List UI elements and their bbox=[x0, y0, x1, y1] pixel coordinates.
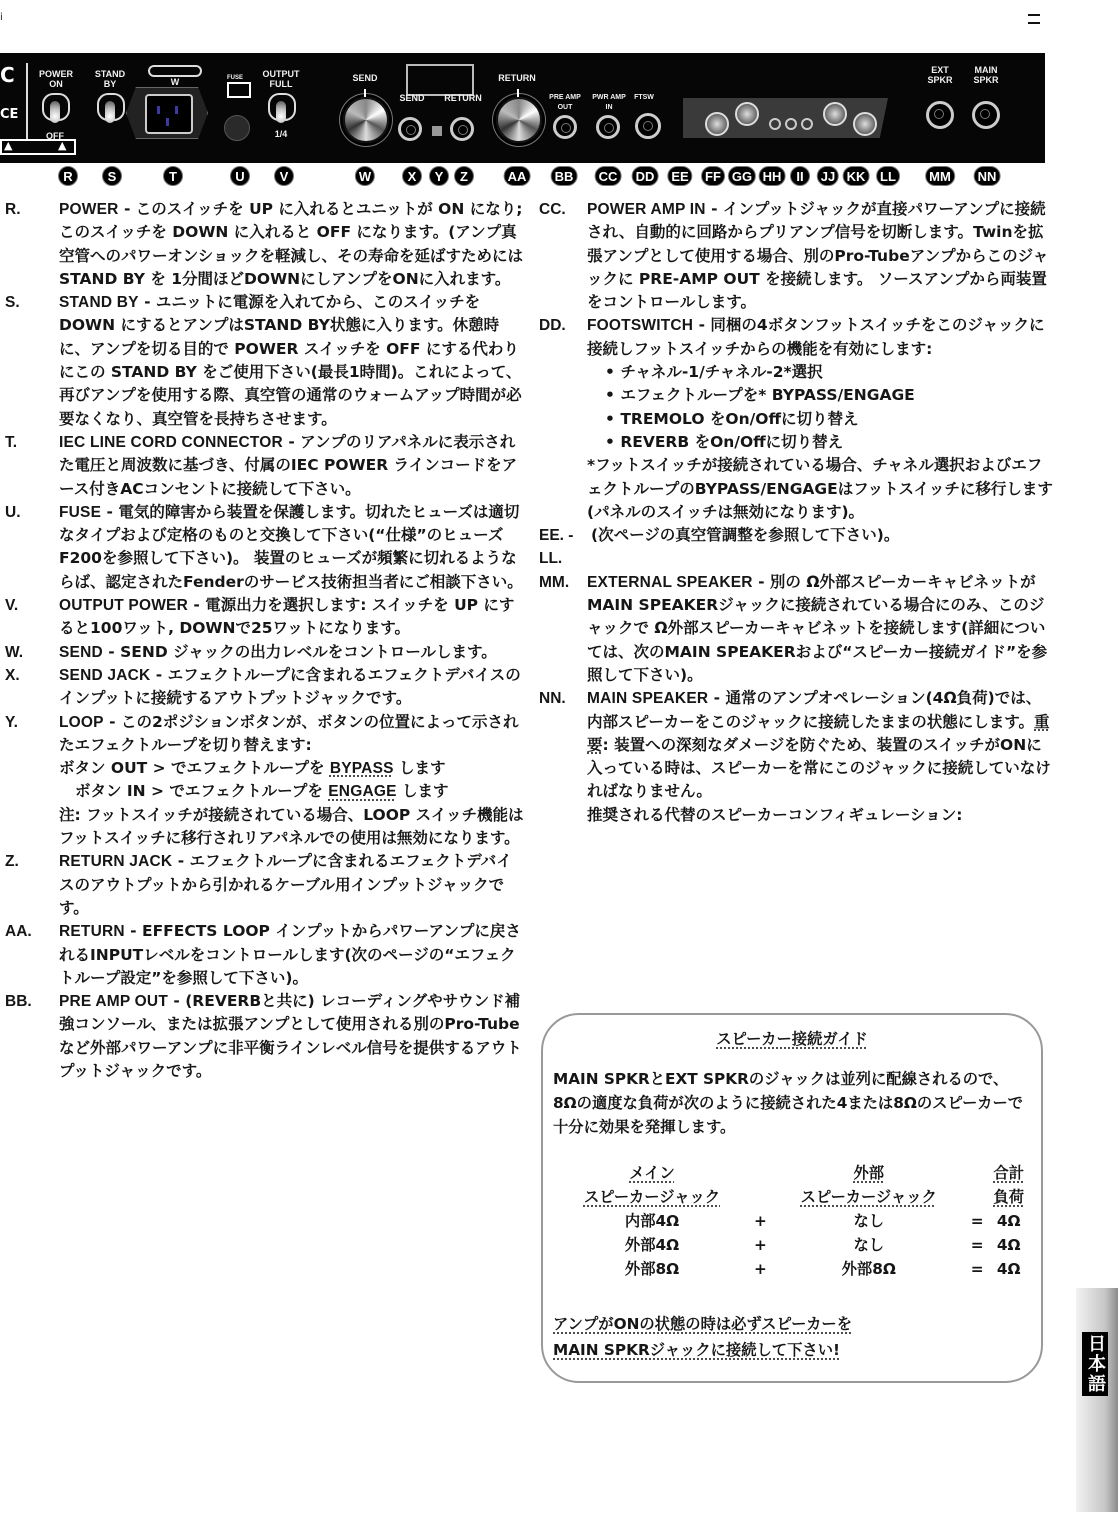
footswitch-label: FTSW bbox=[624, 93, 664, 103]
entry-desc: - EFFECTS LOOP インプットからパワーアンプに戻されるINPUTレベ… bbox=[59, 922, 521, 987]
fuse-holder[interactable] bbox=[224, 115, 250, 141]
entry-term: PRE AMP OUT bbox=[59, 993, 168, 1010]
table-row: 内部4Ω+なし=4Ω bbox=[553, 1209, 1031, 1233]
entry-term: LOOP bbox=[59, 714, 104, 731]
entry-letter: DD. bbox=[539, 314, 587, 524]
entry-letter: EE. - LL. bbox=[539, 524, 587, 571]
list-item: TREMOLO をOn/Offに切り替え bbox=[605, 408, 1054, 431]
entry-letter: W. bbox=[5, 641, 59, 664]
callout-r: R bbox=[58, 166, 78, 186]
col-header-main: メイン bbox=[553, 1161, 751, 1185]
entry-term: EXTERNAL SPEAKER bbox=[587, 574, 753, 591]
callout-cc: CC bbox=[595, 166, 622, 186]
send-jack-label: SEND bbox=[392, 93, 432, 103]
entry-letter: NN. bbox=[539, 687, 587, 827]
power-switch-label: POWER ON bbox=[36, 69, 76, 89]
return-knob-label: RETURN bbox=[494, 73, 540, 83]
output-quarter-label: 1/4 bbox=[266, 129, 296, 139]
fuse-rating-box bbox=[227, 82, 251, 98]
entry-v: V. OUTPUT POWER - 電源出力を選択します: スイッチを UP に… bbox=[5, 594, 525, 641]
callout-y: Y bbox=[429, 166, 449, 186]
table-row: 外部8Ω+外部8Ω=4Ω bbox=[553, 1257, 1031, 1281]
entry-desc: - SEND ジャックの出力レベルをコントロールします。 bbox=[103, 643, 497, 661]
speaker-load-table: メイン 外部 合計 スピーカージャック スピーカージャック 負荷 内部4Ω+なし… bbox=[553, 1161, 1031, 1281]
entry-y: Y. LOOP - この2ポジションボタンが、ボタンの位置によって示されたエフェ… bbox=[5, 711, 525, 851]
left-column: R. POWER - このスイッチを UP に入れるとユニットが ON になり;… bbox=[5, 198, 525, 1083]
entry-cc: CC. POWER AMP IN - インプットジャックが直接パワーアンプに接続… bbox=[539, 198, 1054, 314]
table-row: 外部4Ω+なし=4Ω bbox=[553, 1233, 1031, 1257]
footswitch-jack[interactable] bbox=[635, 113, 661, 139]
callout-z: Z bbox=[454, 166, 474, 186]
footswitch-functions-list: チャネル-1/チャネル-2*選択 エフェクトループを* BYPASS/ENGAG… bbox=[587, 361, 1054, 454]
entry-letter: U. bbox=[5, 501, 59, 594]
entry-term: FOOTSWITCH bbox=[587, 317, 693, 334]
callout-aa: AA bbox=[504, 166, 531, 186]
list-item: チャネル-1/チャネル-2*選択 bbox=[605, 361, 1054, 384]
callout-ee: EE bbox=[667, 166, 692, 186]
effects-loop-box bbox=[406, 64, 474, 96]
test-point bbox=[785, 118, 797, 130]
return-level-knob[interactable] bbox=[496, 97, 542, 143]
speaker-connection-guide: スピーカー接続ガイド MAIN SPKRとEXT SPKRのジャックは並列に配線… bbox=[541, 1013, 1043, 1383]
entry-letter: S. bbox=[5, 291, 59, 431]
entry-letter: MM. bbox=[539, 571, 587, 687]
callout-ll: LL bbox=[876, 166, 900, 186]
entry-letter: T. bbox=[5, 431, 59, 501]
entry-term: MAIN SPEAKER bbox=[587, 690, 708, 707]
bias-pot-right[interactable] bbox=[853, 112, 877, 136]
callout-kk: KK bbox=[843, 166, 870, 186]
entry-u: U. FUSE - 電気的障害から装置を保護します。切れたヒューズは適切なタイプ… bbox=[5, 501, 525, 594]
power-amp-in-jack[interactable] bbox=[596, 115, 620, 139]
entry-term: IEC LINE CORD CONNECTOR bbox=[59, 434, 283, 451]
entry-aa: AA. RETURN - EFFECTS LOOP インプットからパワーアンプに… bbox=[5, 920, 525, 990]
callout-v: V bbox=[274, 166, 294, 186]
output-switch-label: OUTPUT FULL bbox=[256, 69, 306, 89]
pre-amp-out-label: PRE AMP OUT bbox=[540, 93, 590, 113]
entry-s: S. STAND BY - ユニットに電源を入れてから、このスイッチをDOWN … bbox=[5, 291, 525, 431]
rear-panel-illustration: C CE ▲ ▲ POWER ON OFF STAND BY W FUSE OU… bbox=[0, 53, 1045, 163]
guide-warning: アンプがONの状態の時は必ずスピーカーを MAIN SPKRジャックに接続して下… bbox=[553, 1311, 1031, 1363]
entry-term: POWER bbox=[59, 201, 119, 218]
loop-note: 注: フットスイッチが接続されている場合、LOOP スイッチ機能はフットスイッチ… bbox=[59, 804, 525, 851]
col-header-total: 合計 bbox=[986, 1161, 1031, 1185]
engage-term: ENGAGE bbox=[328, 783, 396, 800]
certification-logos: C CE bbox=[0, 63, 28, 141]
callout-s: S bbox=[102, 166, 122, 186]
entry-w: W. SEND - SEND ジャックの出力レベルをコントロールします。 bbox=[5, 641, 525, 664]
entry-x: X. SEND JACK - エフェクトループに含まれるエフェクトデバイスのイン… bbox=[5, 664, 525, 711]
ext-speaker-jack[interactable] bbox=[926, 101, 954, 129]
loop-in-line: ボタン IN > でエフェクトループを ENGAGE します bbox=[59, 780, 525, 803]
bypass-term: BYPASS bbox=[330, 760, 394, 777]
main-speaker-jack[interactable] bbox=[972, 101, 1000, 129]
send-level-knob[interactable] bbox=[343, 97, 389, 143]
entry-letter: R. bbox=[5, 198, 59, 291]
entry-nn: NN. MAIN SPEAKER - 通常のアンプオペレーション(4Ω負荷)では… bbox=[539, 687, 1054, 827]
entry-term: RETURN bbox=[59, 923, 125, 940]
ext-spkr-label: EXT SPKR bbox=[920, 65, 960, 85]
callout-u: U bbox=[230, 166, 250, 186]
entry-bb: BB. PRE AMP OUT - (REVERBと共に) レコーディングやサウ… bbox=[5, 990, 525, 1083]
entry-letter: CC. bbox=[539, 198, 587, 314]
voltage-indicator bbox=[148, 65, 202, 77]
entry-ee-ll: EE. - LL. (次ページの真空管調整を参照して下さい)。 bbox=[539, 524, 1054, 571]
col-header-ext: 外部 bbox=[770, 1161, 968, 1185]
test-point bbox=[801, 118, 813, 130]
entry-desc: - 電気的障害から装置を保護します。切れたヒューズは適切なタイプおよび定格のもの… bbox=[59, 503, 523, 591]
loop-out-line: ボタン OUT > でエフェクトループを BYPASS します bbox=[59, 757, 525, 780]
return-jack-label: RETURN bbox=[440, 93, 486, 103]
entry-term: SEND JACK bbox=[59, 667, 150, 684]
bias-trim-left[interactable] bbox=[735, 102, 759, 126]
callout-x: X bbox=[402, 166, 422, 186]
page-corner-mark-right bbox=[1028, 14, 1040, 24]
ce-logo-icon: CE bbox=[0, 107, 18, 122]
power-off-label: OFF bbox=[40, 131, 70, 141]
entry-desc: - この2ポジションボタンが、ボタンの位置によって示されたエフェクトループを切り… bbox=[59, 713, 519, 754]
main-spkr-label: MAIN SPKR bbox=[966, 65, 1006, 85]
bias-adjust-panel bbox=[683, 98, 888, 138]
ul-logo-icon: C bbox=[0, 63, 15, 87]
guide-body: MAIN SPKRとEXT SPKRのジャックは並列に配線されるので、8Ωの適度… bbox=[553, 1067, 1031, 1139]
list-item: REVERB をOn/Offに切り替え bbox=[605, 431, 1054, 454]
entry-letter: Y. bbox=[5, 711, 59, 851]
standby-switch-label: STAND BY bbox=[88, 69, 132, 89]
callout-bb: BB bbox=[551, 166, 578, 186]
callout-hh: HH bbox=[759, 166, 786, 186]
test-point bbox=[769, 118, 781, 130]
entry-term: FUSE bbox=[59, 504, 101, 521]
send-jack[interactable] bbox=[398, 117, 422, 141]
callout-gg: GG bbox=[728, 166, 756, 186]
entry-term: SEND bbox=[59, 644, 103, 661]
pre-amp-out-jack[interactable] bbox=[553, 115, 577, 139]
iec-watts-label: W bbox=[150, 77, 200, 87]
bias-pot-left[interactable] bbox=[705, 112, 729, 136]
entry-term: OUTPUT POWER bbox=[59, 597, 188, 614]
iec-power-connector[interactable] bbox=[126, 87, 208, 139]
loop-button[interactable] bbox=[432, 126, 442, 136]
warning-triangle-icon: ▲ bbox=[4, 139, 12, 152]
page-corner-mark: i bbox=[0, 12, 3, 23]
callout-w: W bbox=[355, 166, 375, 186]
entry-desc: (次ページの真空管調整を参照して下さい)。 bbox=[591, 526, 899, 544]
fuse-label: FUSE bbox=[220, 73, 250, 83]
callout-nn: NN bbox=[974, 166, 1001, 186]
callout-t: T bbox=[163, 166, 183, 186]
entry-z: Z. RETURN JACK - エフェクトループに含まれるエフェクトデバイスの… bbox=[5, 850, 525, 920]
entry-term: POWER AMP IN bbox=[587, 201, 706, 218]
footswitch-note: *フットスイッチが接続されている場合、チャネル選択およびエフェクトループのBYP… bbox=[587, 454, 1054, 524]
entry-term: RETURN JACK bbox=[59, 853, 172, 870]
entry-letter: AA. bbox=[5, 920, 59, 990]
send-knob-label: SEND bbox=[345, 73, 385, 83]
panel-callouts: RSTUVWXYZAABBCCDDEEFFGGHHIIJJKKLLMMNN bbox=[0, 164, 1045, 188]
entry-letter: Z. bbox=[5, 850, 59, 920]
entry-desc: - このスイッチを UP に入れるとユニットが ON になり; このスイッチを … bbox=[59, 200, 523, 288]
entry-mm: MM. EXTERNAL SPEAKER - 別の Ω外部スピーカーキャビネット… bbox=[539, 571, 1054, 687]
return-jack[interactable] bbox=[450, 117, 474, 141]
callout-jj: JJ bbox=[817, 166, 839, 186]
warning-label: ▲ ▲ bbox=[0, 139, 76, 155]
entry-letter: X. bbox=[5, 664, 59, 711]
alt-config-heading: 推奨される代替のスピーカーコンフィギュレーション: bbox=[587, 804, 1054, 827]
entry-term: STAND BY bbox=[59, 294, 139, 311]
callout-mm: MM bbox=[925, 166, 955, 186]
list-item: エフェクトループを* BYPASS/ENGAGE bbox=[605, 384, 1054, 407]
output-power-switch[interactable] bbox=[268, 89, 294, 123]
power-switch[interactable] bbox=[42, 89, 68, 123]
guide-title: スピーカー接続ガイド bbox=[553, 1027, 1031, 1051]
right-column: CC. POWER AMP IN - インプットジャックが直接パワーアンプに接続… bbox=[539, 198, 1054, 827]
entry-letter: BB. bbox=[5, 990, 59, 1083]
callout-dd: DD bbox=[632, 166, 659, 186]
entry-dd: DD. FOOTSWITCH - 同梱の4ボタンフットスイッチをこのジャックに接… bbox=[539, 314, 1054, 524]
callout-ii: II bbox=[790, 166, 810, 186]
entry-r: R. POWER - このスイッチを UP に入れるとユニットが ON になり;… bbox=[5, 198, 525, 291]
language-tab-label: 日本語 bbox=[1082, 1332, 1108, 1396]
entry-letter: V. bbox=[5, 594, 59, 641]
language-tab[interactable]: 日本語 bbox=[1076, 1288, 1118, 1512]
standby-switch[interactable] bbox=[97, 89, 123, 123]
callout-ff: FF bbox=[701, 166, 725, 186]
entry-t: T. IEC LINE CORD CONNECTOR - アンプのリアパネルに表… bbox=[5, 431, 525, 501]
entry-desc: - ユニットに電源を入れてから、このスイッチをDOWN にするとアンプはSTAN… bbox=[59, 293, 522, 427]
bias-trim-right[interactable] bbox=[823, 102, 847, 126]
